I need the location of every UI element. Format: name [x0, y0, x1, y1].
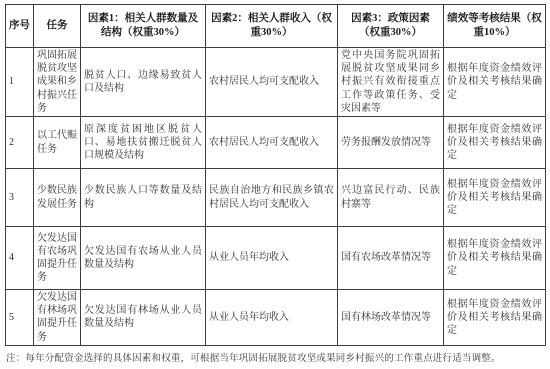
- factor3-cell: 劳务报酬发放情况等: [338, 117, 444, 169]
- factor2-cell: 农村居民人均可支配收入: [206, 48, 338, 117]
- task-cell: 巩固拓展脱贫攻坚成果和乡村振兴任务: [34, 48, 81, 117]
- factor3-cell: 国有林场改革情况等: [338, 290, 444, 346]
- task-cell: 少数民族发展任务: [34, 169, 81, 227]
- col-header-factor3: 因素3：政策因素（权重30%）: [338, 5, 444, 48]
- factor2-cell: 从业人员年均收入: [206, 227, 338, 290]
- row-number: 5: [6, 290, 34, 346]
- performance-cell: 根据年度资金绩效评价及相关考核结果确定: [444, 169, 546, 227]
- table-row: 2 以工代赈任务 原深度贫困地区脱贫人口、易地扶贫搬迁脱贫人口规模及结构 农村居…: [6, 117, 546, 169]
- factor3-cell: 国有农场改革情况等: [338, 227, 444, 290]
- fund-allocation-factors-table: 序号 任务 因素1：相关人群数量及结构（权重30%） 因素2：相关人群收入（权重…: [5, 4, 546, 346]
- table-row: 3 少数民族发展任务 少数民族人口等数量及结构 民族自治地方和民族乡镇农村居民人…: [6, 169, 546, 227]
- task-cell: 欠发达国有林场巩固提升任务: [34, 290, 81, 346]
- factor3-cell: 兴边富民行动、民族村寨等: [338, 169, 444, 227]
- performance-cell: 根据年度资金绩效评价及相关考核结果确定: [444, 48, 546, 117]
- row-number: 3: [6, 169, 34, 227]
- task-cell: 以工代赈任务: [34, 117, 81, 169]
- factor3-cell: 党中央国务院巩固拓展脱贫攻坚成果同乡村振兴有效衔接重点工作等政策任务、受灾因素等: [338, 48, 444, 117]
- row-number: 1: [6, 48, 34, 117]
- factor1-cell: 原深度贫困地区脱贫人口、易地扶贫搬迁脱贫人口规模及结构: [81, 117, 206, 169]
- col-header-performance: 绩效等考核结果（权重10%）: [444, 5, 546, 48]
- factor2-cell: 农村居民人均可支配收入: [206, 117, 338, 169]
- col-header-factor1: 因素1：相关人群数量及结构（权重30%）: [81, 5, 206, 48]
- factor1-cell: 脱贫人口、边缘易致贫人口及结构: [81, 48, 206, 117]
- factor1-cell: 少数民族人口等数量及结构: [81, 169, 206, 227]
- col-header-index: 序号: [6, 5, 34, 48]
- factor2-cell: 从业人员年均收入: [206, 290, 338, 346]
- task-cell: 欠发达国有农场巩固提升任务: [34, 227, 81, 290]
- row-number: 2: [6, 117, 34, 169]
- table-row: 5 欠发达国有林场巩固提升任务 欠发达国有林场从业人员数量及结构 从业人员年均收…: [6, 290, 546, 346]
- factor1-cell: 欠发达国有林场从业人员数量及结构: [81, 290, 206, 346]
- factor1-cell: 欠发达国有农场从业人员数量及结构: [81, 227, 206, 290]
- col-header-factor2: 因素2：相关人群收入（权重30%）: [206, 5, 338, 48]
- performance-cell: 根据年度资金绩效评价及相关考核结果确定: [444, 227, 546, 290]
- footnote: 注：每年分配资金选择的具体因素和权重，可根据当年巩固拓展脱贫攻坚成果同乡村振兴的…: [6, 354, 544, 366]
- performance-cell: 根据年度资金绩效评价及相关考核结果确定: [444, 290, 546, 346]
- row-number: 4: [6, 227, 34, 290]
- performance-cell: 根据年度资金绩效评价及相关考核结果确定: [444, 117, 546, 169]
- factor2-cell: 民族自治地方和民族乡镇农村居民人均可支配收入: [206, 169, 338, 227]
- table-row: 4 欠发达国有农场巩固提升任务 欠发达国有农场从业人员数量及结构 从业人员年均收…: [6, 227, 546, 290]
- table-row: 1 巩固拓展脱贫攻坚成果和乡村振兴任务 脱贫人口、边缘易致贫人口及结构 农村居民…: [6, 48, 546, 117]
- col-header-task: 任务: [34, 5, 81, 48]
- table-header-row: 序号 任务 因素1：相关人群数量及结构（权重30%） 因素2：相关人群收入（权重…: [6, 5, 546, 48]
